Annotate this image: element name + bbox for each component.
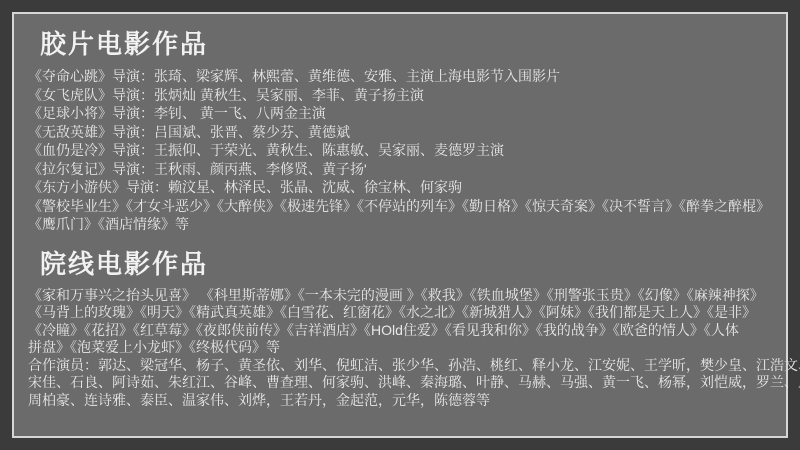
film-entry: 《拉尔复记》导演：王秋雨、颜丙燕、李修贤、黄子扬'	[28, 160, 774, 179]
film-entry: 《女飞虎队》导演：张炳灿 黄秋生、吴家丽、李菲、黄子扬主演	[28, 86, 774, 105]
film-entry: 《无敌英雄》导演：吕国斌、张晋、蔡少芬、黄德斌	[28, 123, 774, 142]
film-entry: 《鹰爪门》《酒店情缘》等	[28, 215, 774, 234]
film-movies-list: 《夺命心跳》导演：张琦、梁家辉、林熙蕾、黄维德、安雅、主演上海电影节入围影片 《…	[28, 67, 774, 234]
section-theatrical-movies: 院线电影作品 《家和万事兴之抬头见喜》 《科里斯蒂娜》《一本未完的漫画 》《救我…	[28, 244, 774, 410]
cast-list-entry: 周柏豪、连诗雅、泰臣、温家伟、刘烨，王若丹，金起范，元华，陈德蓉等	[28, 392, 774, 410]
film-entry: 《血仍是冷》导演：王振仰、于荣光、黄秋生、陈惠敏、吴家丽、麦德罗主演	[28, 141, 774, 160]
film-entry: 《足球小将》导演：李钊、 黄一飞、八两金主演	[28, 104, 774, 123]
cast-list-entry: 宋佳、石良、阿诗茹、朱红江、谷峰、曹查理、何家驹、洪峰、秦海璐、叶静、马赫、马强…	[28, 374, 774, 392]
film-entry: 《东方小游侠》导演：赖汶星、林泽民、张晶、沈威、徐宝林、何家驹	[28, 178, 774, 197]
filmography-panel: 胶片电影作品 《夺命心跳》导演：张琦、梁家辉、林熙蕾、黄维德、安雅、主演上海电影…	[12, 12, 788, 438]
film-entry: 《马背上的玫瑰》《明天》《精武真英雄》《白雪花、红窗花》《水之北》《新城猎人》《…	[28, 304, 774, 322]
theatrical-movies-list: 《家和万事兴之抬头见喜》 《科里斯蒂娜》《一本未完的漫画 》《救我》《铁血城堡》…	[28, 287, 774, 410]
section-film-movies: 胶片电影作品 《夺命心跳》导演：张琦、梁家辉、林熙蕾、黄维德、安雅、主演上海电影…	[28, 24, 774, 234]
film-entry: 《家和万事兴之抬头见喜》 《科里斯蒂娜》《一本未完的漫画 》《救我》《铁血城堡》…	[28, 287, 774, 305]
cast-list-entry: 合作演员：郭达、梁冠华、杨子、黄圣依、刘华、倪虹洁、张少华、孙浩、桃红、释小龙、…	[28, 357, 774, 375]
film-entry: 拼盘》《泡菜爱上小龙虾》《终极代码》等	[28, 339, 774, 357]
film-entry: 《夺命心跳》导演：张琦、梁家辉、林熙蕾、黄维德、安雅、主演上海电影节入围影片	[28, 67, 774, 86]
section-title-theatrical-movies: 院线电影作品	[40, 244, 774, 281]
film-entry: 《冷瞳》《花招》《红草莓》《夜郎侠前传》《吉祥酒店》《HOld住爱》《看见我和你…	[28, 322, 774, 340]
film-entry: 《警校毕业生》《才女斗恶少》《大醉侠》《极速先锋》《不停站的列车》《勤日格》《惊…	[28, 197, 774, 216]
section-title-film-movies: 胶片电影作品	[40, 24, 774, 61]
